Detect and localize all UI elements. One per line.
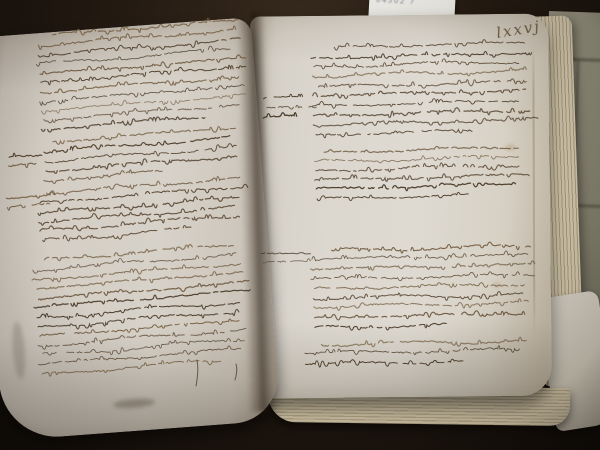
handwriting-line	[316, 181, 515, 193]
handwriting-line	[263, 94, 302, 99]
handwriting-line	[305, 345, 520, 356]
left-text-block-1	[34, 16, 251, 133]
handwriting-line	[324, 144, 521, 154]
handwriting-line	[42, 356, 221, 378]
handwriting-line	[6, 191, 55, 200]
handwriting-line	[315, 153, 519, 164]
handwriting-line	[38, 326, 246, 350]
handwriting-line	[37, 269, 243, 292]
handwriting-line	[38, 345, 241, 368]
handwriting-line	[32, 260, 241, 284]
handwriting-line	[313, 87, 526, 99]
handwriting-line	[314, 57, 519, 69]
handwriting-line	[38, 203, 235, 227]
handwriting-line	[313, 115, 538, 128]
handwriting-line	[41, 113, 205, 133]
handwriting-overlay	[0, 0, 600, 450]
handwriting-line	[315, 170, 529, 184]
handwriting-line	[44, 241, 233, 262]
handwriting-line	[38, 36, 241, 60]
right-text-block-2	[314, 144, 530, 201]
handwriting-line	[313, 67, 527, 80]
right-margin-note-1	[262, 93, 316, 118]
handwriting-line	[314, 299, 529, 312]
handwriting-line	[40, 184, 248, 206]
handwriting-line	[312, 96, 518, 109]
manuscript-photo: 04502 7 lxxvj	[0, 0, 600, 450]
right-margin-note-2	[261, 251, 310, 263]
handwriting-line	[311, 49, 532, 62]
handwriting-line	[318, 78, 530, 91]
handwriting-line	[316, 161, 519, 175]
handwriting-line	[9, 163, 37, 169]
handwriting-line	[37, 298, 240, 323]
right-text-block-4	[305, 337, 527, 367]
left-margin-note-1	[8, 151, 43, 168]
handwriting-line	[261, 251, 310, 255]
handwriting-line	[263, 259, 310, 263]
handwriting-line	[43, 335, 245, 360]
handwriting-line	[40, 73, 239, 96]
handwriting-line	[311, 271, 535, 283]
handwriting-line	[305, 358, 463, 368]
handwriting-line	[314, 281, 524, 291]
handwriting-line	[316, 129, 472, 138]
handwriting-line	[44, 167, 163, 184]
handwriting-line	[315, 323, 446, 332]
right-text-block-1	[311, 38, 539, 138]
handwriting-line	[38, 193, 239, 217]
handwriting-line	[317, 192, 471, 202]
handwriting-line	[334, 38, 524, 50]
right-text-block-3	[310, 241, 536, 331]
handwriting-line	[313, 290, 523, 303]
handwriting-line	[311, 261, 535, 272]
handwriting-line	[312, 250, 528, 262]
pen-flourish	[196, 360, 198, 386]
handwriting-line	[267, 105, 316, 110]
handwriting-line	[7, 203, 50, 210]
handwriting-line	[40, 83, 245, 106]
handwriting-line	[38, 309, 239, 332]
pen-flourish	[235, 364, 237, 380]
handwriting-line	[41, 62, 246, 85]
handwriting-line	[315, 310, 525, 321]
left-text-block-4	[30, 240, 256, 378]
handwriting-line	[46, 174, 240, 196]
handwriting-line	[332, 241, 531, 254]
handwriting-line	[313, 106, 530, 120]
handwriting-line	[39, 211, 239, 234]
handwriting-line	[52, 16, 238, 39]
left-text-block-2	[41, 125, 239, 185]
handwriting-line	[43, 100, 239, 123]
handwriting-line	[46, 152, 237, 174]
handwriting-line	[321, 337, 526, 348]
left-text-block-3	[36, 174, 251, 245]
handwriting-line	[9, 151, 42, 158]
handwriting-line	[44, 134, 230, 154]
handwriting-line	[263, 112, 297, 118]
